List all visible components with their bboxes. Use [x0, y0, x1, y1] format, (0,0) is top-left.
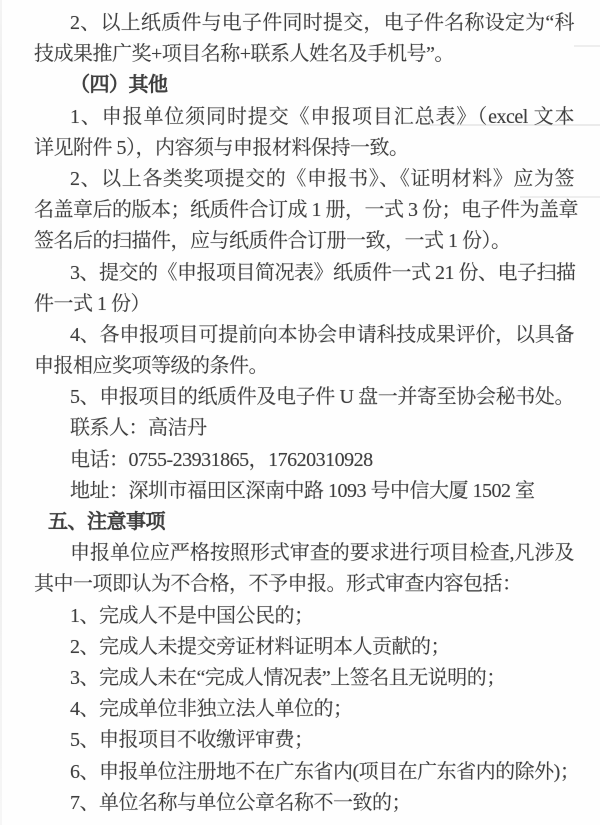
section-heading-notes: 五、注意事项 — [34, 507, 574, 538]
text-line: 5、申报项目的纸质件及电子件 U 盘一并寄至协会秘书处。 — [34, 382, 574, 413]
scanned-document-page: 2、以上纸质件与电子件同时提交，电子件名称设定为“科 技成果推广奖+项目名称+联… — [0, 0, 600, 825]
text-line: 申报单位应严格按照形式审查的要求进行项目检查,凡涉及 — [34, 538, 574, 569]
checklist-item: 2、完成人未提交旁证材料证明本人贡献的； — [34, 632, 574, 663]
text-line: 名盖章后的版本；纸质件合订成 1 册，一式 3 份；电子件为盖章 — [34, 195, 574, 226]
text-line: 4、各申报项目可提前向本协会申请科技成果评价，以具备 — [34, 320, 574, 351]
section-heading-other: （四）其他 — [34, 70, 574, 101]
text-line: 其中一项即认为不合格，不予申报。形式审查内容包括： — [34, 569, 574, 600]
document-text: 2、以上纸质件与电子件同时提交，电子件名称设定为“科 技成果推广奖+项目名称+联… — [34, 8, 574, 819]
text-line: 签名后的扫描件，应与纸质件合订册一致，一式 1 份）。 — [34, 226, 574, 257]
text-line: 申报相应奖项等级的条件。 — [34, 351, 574, 382]
scan-artifact-left-edge — [0, 0, 2, 825]
checklist-item: 1、完成人不是中国公民的； — [34, 601, 574, 632]
text-line: 3、提交的《申报项目简况表》纸质件一式 21 份、电子扫描 — [34, 258, 574, 289]
scan-artifact-streak — [574, 45, 600, 47]
checklist-item: 7、单位名称与单位公章名称不一致的； — [34, 788, 574, 819]
checklist-item: 6、申报单位注册地不在广东省内(项目在广东省内的除外)； — [34, 757, 574, 788]
text-line: 2、以上纸质件与电子件同时提交，电子件名称设定为“科 — [34, 8, 574, 39]
contact-phone-line: 电话：0755-23931865，17620310928 — [34, 445, 574, 476]
text-line: 件一式 1 份） — [34, 289, 574, 320]
contact-address-line: 地址：深圳市福田区深南中路 1093 号中信大厦 1502 室 — [34, 476, 574, 507]
text-line: 2、以上各类奖项提交的《申报书》、《证明材料》应为签 — [34, 164, 574, 195]
text-line: 技成果推广奖+项目名称+联系人姓名及手机号”。 — [34, 39, 574, 70]
text-line: 1、申报单位须同时提交《申报项目汇总表》（excel 文本 — [34, 102, 574, 133]
text-line: 详见附件 5），内容须与申报材料保持一致。 — [34, 133, 574, 164]
checklist-item: 4、完成单位非独立法人单位的； — [34, 694, 574, 725]
checklist-item: 3、完成人未在“完成人情况表”上签名且无说明的； — [34, 663, 574, 694]
checklist-item: 5、申报项目不收缴评审费； — [34, 725, 574, 756]
contact-person-line: 联系人：高洁丹 — [34, 413, 574, 444]
